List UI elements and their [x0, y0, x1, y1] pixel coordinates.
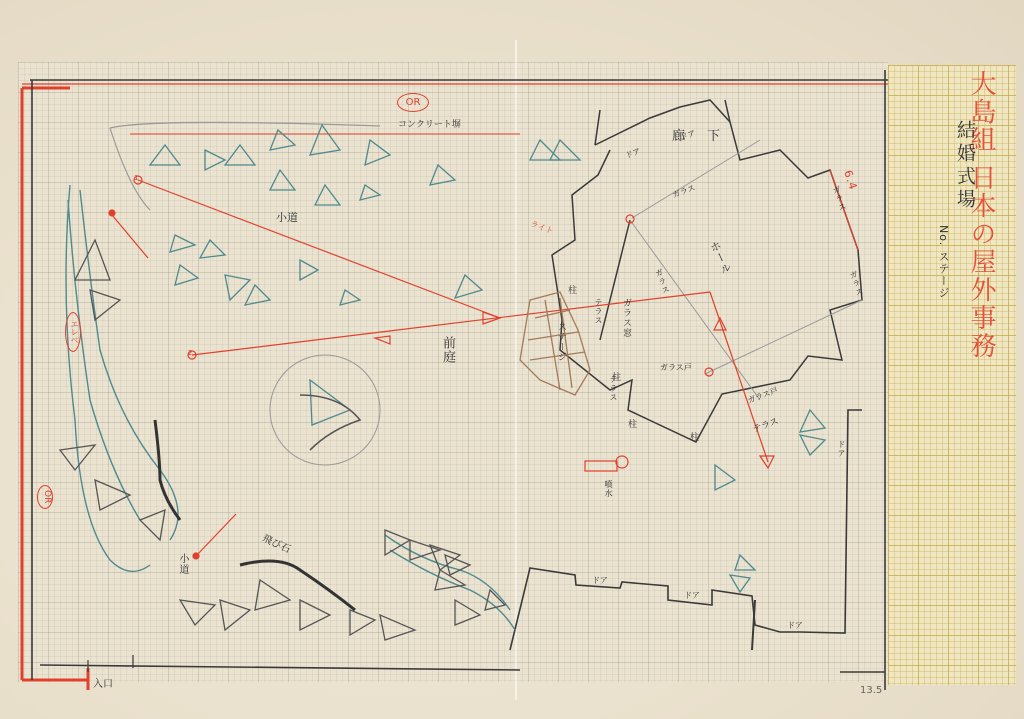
- hedge-stroke: [155, 420, 355, 610]
- fountain-label: 噴水: [603, 480, 614, 498]
- left-marker-top: エレベ: [65, 312, 81, 352]
- drawing-number: No. ステージ: [935, 225, 951, 299]
- left-or-marker: OR: [37, 485, 53, 509]
- small-path-label: 小道: [276, 209, 298, 225]
- building-outline: [552, 100, 862, 442]
- right-side-door-label: ドア: [836, 440, 847, 458]
- circle-number-1: 1: [134, 174, 138, 182]
- red-paths: [109, 170, 858, 559]
- pillar-label-3: 柱: [628, 417, 637, 430]
- concrete-wall-label: コンクリート塀: [398, 117, 461, 130]
- pillar-label-1: 柱: [568, 283, 577, 296]
- stage-label: ステージ: [555, 322, 568, 362]
- small-path-bottom-label: 小道: [175, 553, 190, 575]
- bottom-door-label-2: ドア: [684, 590, 700, 601]
- drawing-subtitle: 結婚式場: [952, 120, 979, 212]
- entrance-label: 入口: [93, 675, 113, 690]
- site-plan-drawing: [0, 0, 1024, 719]
- page-number: 13.5: [860, 685, 882, 696]
- drawing-title: 大島組 日本の屋外事務: [963, 70, 1000, 360]
- lower-building-wall: [510, 410, 862, 650]
- bottom-door-label-1: ドア: [592, 575, 608, 586]
- pillar-label-2: 柱: [612, 370, 621, 383]
- front-garden-label: 前庭: [438, 336, 457, 364]
- bottom-door-label-3: ドア: [787, 620, 803, 631]
- entrance-marks: [88, 655, 133, 672]
- circle-number-2: 2: [188, 349, 192, 357]
- entrance-glass-label: ガラス戸: [660, 362, 692, 373]
- pillar-label-4: 柱: [690, 430, 699, 443]
- round-planter: [270, 355, 380, 465]
- pencil-frame: [30, 70, 888, 690]
- top-or-marker: OR: [397, 93, 429, 112]
- concrete-wall: [110, 122, 520, 210]
- glass-window-label: ガラス窓: [620, 298, 633, 338]
- terrace-label-1: テラス: [593, 298, 604, 325]
